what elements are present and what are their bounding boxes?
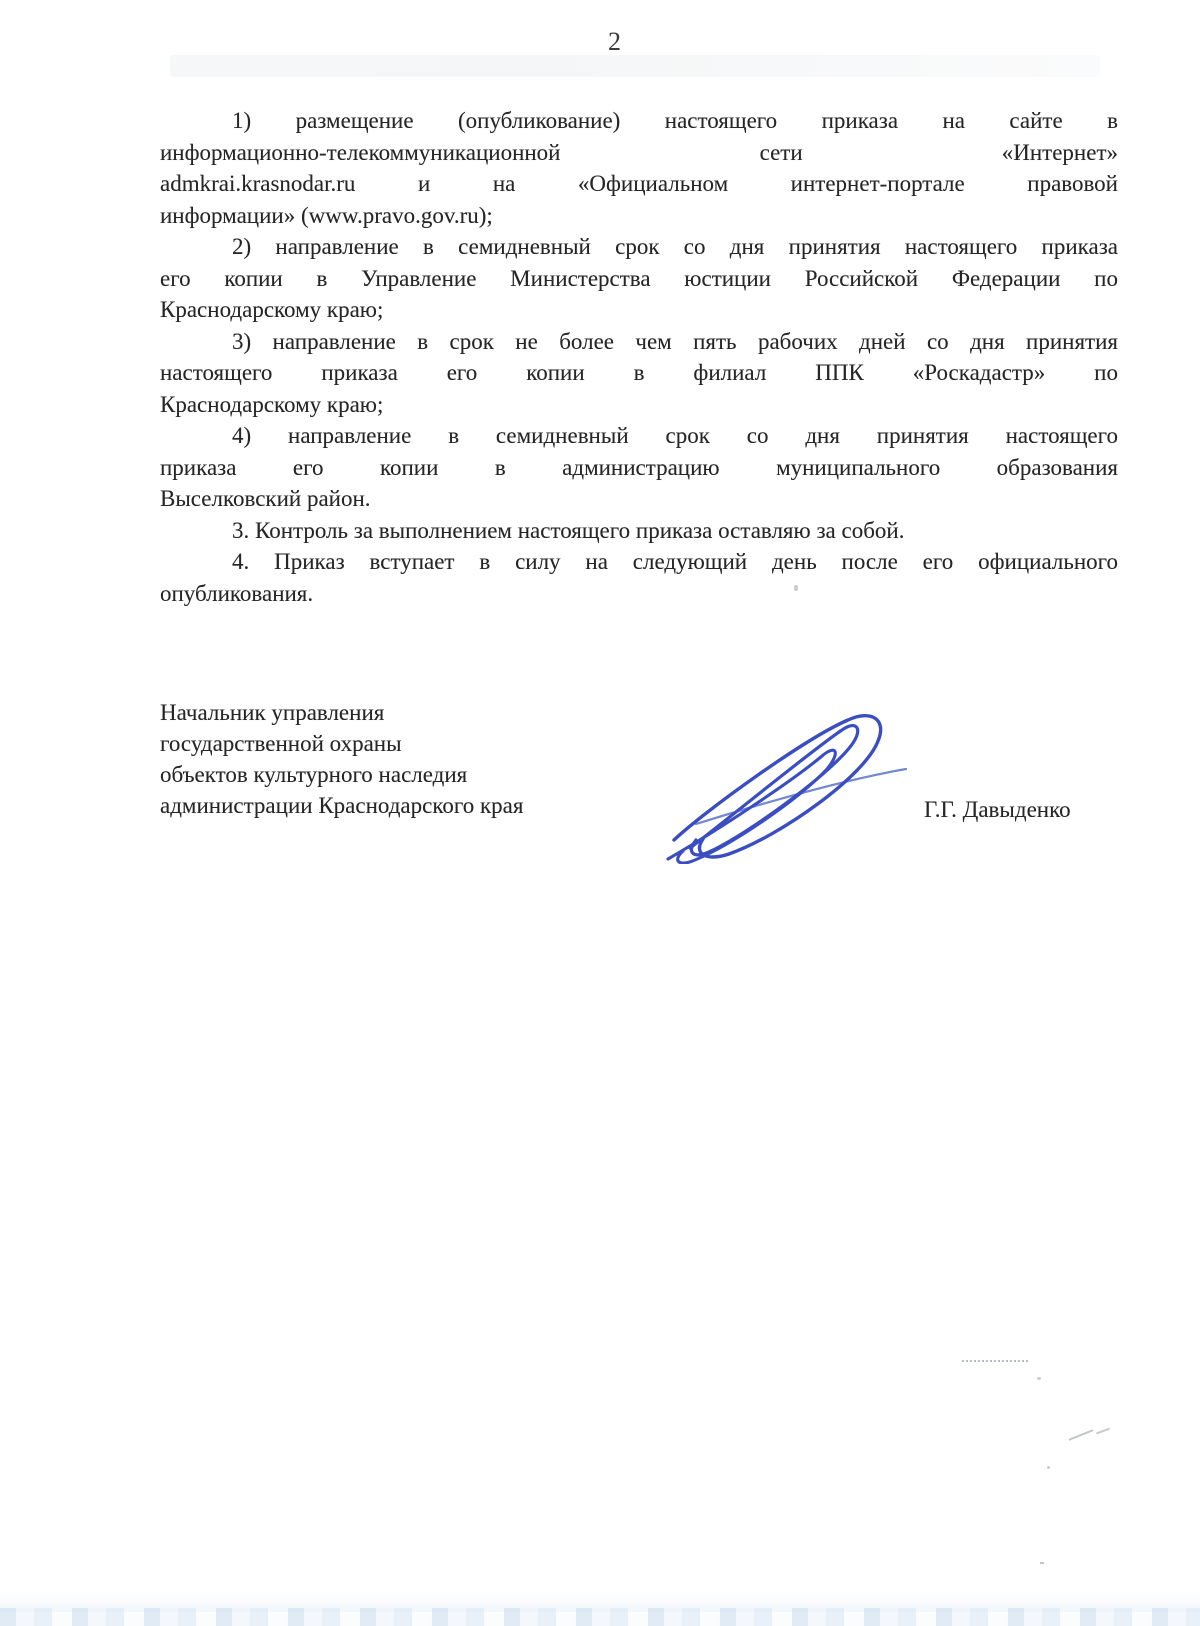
document-body: 1) размещение (опубликование) настоящего… bbox=[160, 105, 1118, 609]
paragraph-line: приказа его копии в администрацию муници… bbox=[160, 452, 1118, 484]
paragraph-line: его копии в Управление Министерства юсти… bbox=[160, 263, 1118, 295]
paragraph-4: 4) направление в семидневный срок со дня… bbox=[160, 420, 1118, 515]
paragraph-line: информации» (www.pravo.gov.ru); bbox=[160, 200, 1118, 232]
signatory-position-line: Начальник управления bbox=[160, 697, 630, 728]
paragraph-line: информационно-телекоммуникационной сети … bbox=[160, 137, 1118, 169]
scan-artifact-dots bbox=[962, 1360, 1028, 1362]
signatory-position: Начальник управления государственной охр… bbox=[160, 697, 630, 821]
scan-artifact-speck bbox=[1047, 1466, 1050, 1469]
paragraph-3: 3) направление в срок не более чем пять … bbox=[160, 326, 1118, 421]
paragraph-1: 1) размещение (опубликование) настоящего… bbox=[160, 105, 1118, 231]
paragraph-line: Выселковский район. bbox=[160, 483, 1118, 515]
handwritten-signature bbox=[610, 690, 916, 864]
signatory-position-line: объектов культурного наследия bbox=[160, 759, 630, 790]
paragraph-line: 1) размещение (опубликование) настоящего… bbox=[160, 105, 1118, 137]
signatory-position-line: государственной охраны bbox=[160, 728, 630, 759]
paragraph-line: Краснодарскому краю; bbox=[160, 294, 1118, 326]
paragraph-line: admkrai.krasnodar.ru и на «Официальном и… bbox=[160, 168, 1118, 200]
paragraph-line: Краснодарскому краю; bbox=[160, 389, 1118, 421]
scan-artifact-speck bbox=[1037, 1377, 1041, 1380]
scan-edge-band bbox=[0, 1608, 1200, 1626]
scan-artifact-squiggle bbox=[1096, 1428, 1110, 1435]
paragraph-6: 4. Приказ вступает в силу на следующий д… bbox=[160, 546, 1118, 609]
scan-artifact-squiggle bbox=[1069, 1429, 1094, 1441]
scan-blotch bbox=[170, 55, 1100, 77]
paragraph-2: 2) направление в семидневный срок со дня… bbox=[160, 231, 1118, 326]
scan-artifact-speck bbox=[1040, 1562, 1044, 1564]
document-page: 2 1) размещение (опубликование) настояще… bbox=[0, 0, 1200, 1626]
signatory-name: Г.Г. Давыденко bbox=[924, 795, 1071, 824]
paragraph-line: 4) направление в семидневный срок со дня… bbox=[160, 420, 1118, 452]
paragraph-line: 3. Контроль за выполнением настоящего пр… bbox=[160, 515, 1118, 547]
paragraph-5: 3. Контроль за выполнением настоящего пр… bbox=[160, 515, 1118, 547]
paragraph-line: опубликования. bbox=[160, 578, 1118, 610]
paragraph-line: 3) направление в срок не более чем пять … bbox=[160, 326, 1118, 358]
paragraph-line: настоящего приказа его копии в филиал ПП… bbox=[160, 357, 1118, 389]
signatory-position-line: администрации Краснодарского края bbox=[160, 790, 630, 821]
paragraph-line: 2) направление в семидневный срок со дня… bbox=[160, 231, 1118, 263]
paragraph-line: 4. Приказ вступает в силу на следующий д… bbox=[160, 546, 1118, 578]
page-number: 2 bbox=[608, 28, 621, 56]
